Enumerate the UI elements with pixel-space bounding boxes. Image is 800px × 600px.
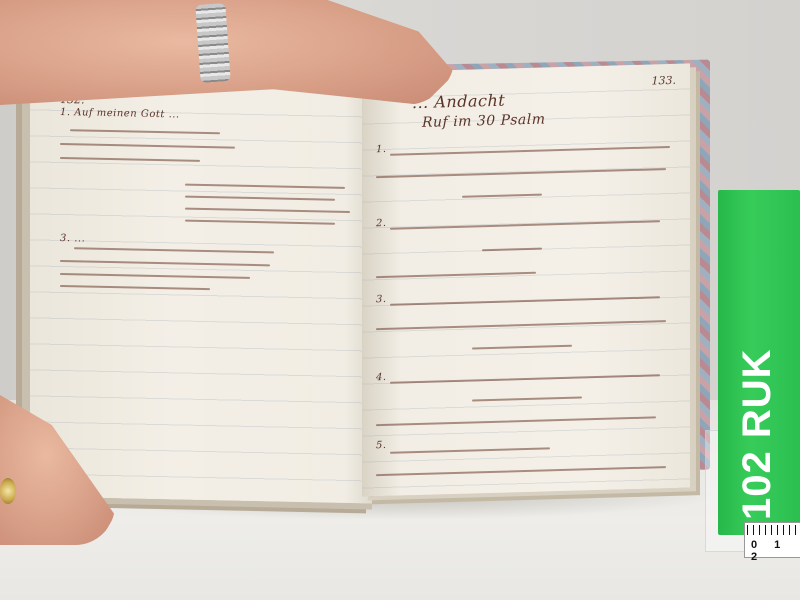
scale-numbers: 0 1 2 — [751, 539, 800, 563]
item-1-number: 1. — [376, 144, 387, 155]
measurement-scale: 0 1 2 — [744, 522, 800, 558]
left-line-3: 3. ... — [60, 233, 85, 245]
item-3-number: 3. — [376, 294, 387, 305]
item-2-number: 2. — [376, 218, 387, 229]
ruled-lines — [362, 63, 690, 496]
marker-label: 102 RUK — [735, 348, 780, 520]
item-4-number: 4. — [376, 372, 387, 383]
right-page: 133. ... Andacht Ruf im 30 Psalm 1. 2. 3… — [362, 63, 690, 496]
scale-ticks — [747, 525, 800, 535]
finger-ring — [0, 478, 16, 504]
right-page-number: 133. — [652, 74, 677, 88]
item-5-number: 5. — [376, 440, 387, 451]
wristwatch — [195, 3, 230, 83]
left-page: 132. 1. Auf meinen Gott ... 3. ... — [30, 84, 380, 503]
